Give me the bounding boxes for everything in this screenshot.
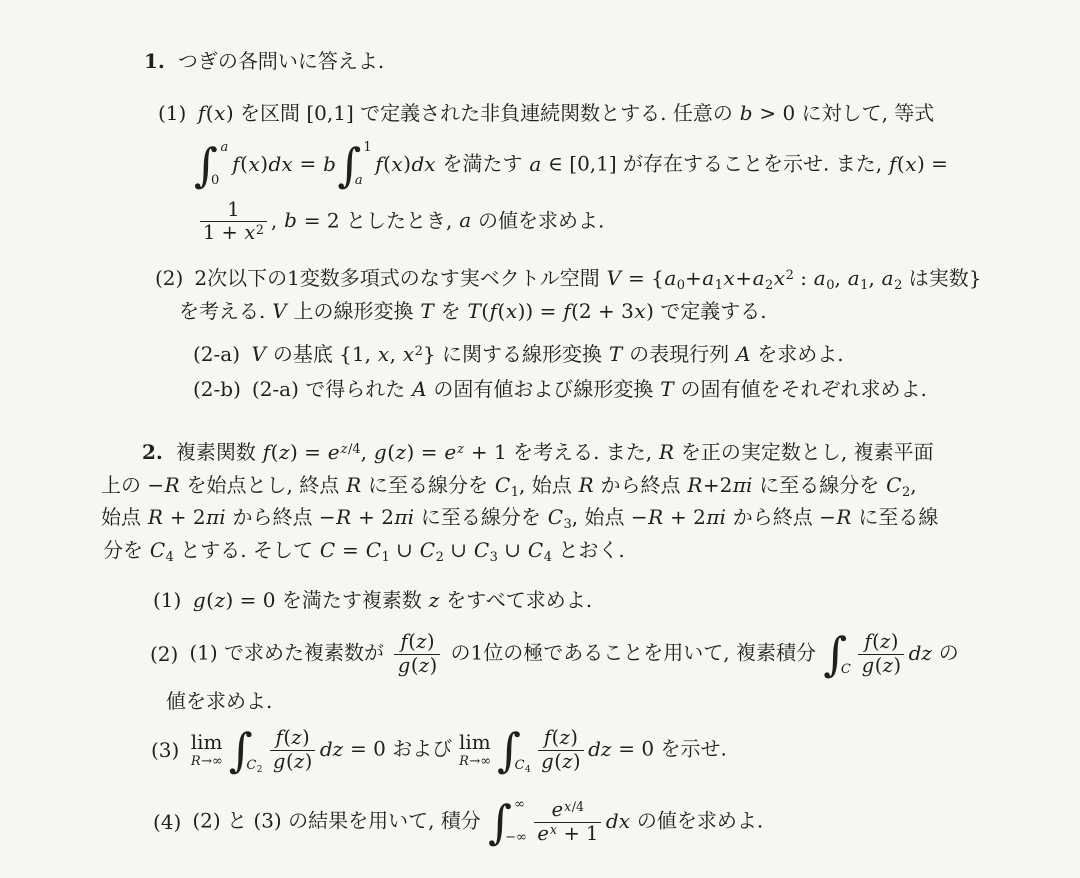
problem2-item1-line: (1) g(z) = 0 を満たす複素数 z をすべて求めよ. [153,587,592,613]
problem2-intro-line4: 分を C4 とする. そして C = C1 ∪ C2 ∪ C3 ∪ C4 とおく… [103,537,625,563]
problem2-item3-line: (3) limR→∞∫C2f(z)g(z)dz = 0 および limR→∞∫C… [151,724,727,776]
problem2-item2-line1: (2) (1) で求めた複素数が f(z)g(z) の1位の極であることを用いて… [150,628,959,680]
problem1-item2-line2-text: を考える. V 上の線形変換 T を T(f(x)) = f(2 + 3x) で… [179,298,767,324]
problem1-item2a-label: (2-a) [193,341,240,367]
problem1-item1-text: f(x) を区間 [0,1] で定義された非負連続関数とする. 任意の b > … [197,100,934,126]
problem2-intro-line4-text: 分を C4 とする. そして C = C1 ∪ C2 ∪ C3 ∪ C4 とおく… [103,537,625,563]
problem1-item1-line2-text: 11 + x2, b = 2 としたとき, a の値を求めよ. [196,199,604,245]
problem2-item4-text: (2) と (3) の結果を用いて, 積分 ∫∞−∞ex/4ex + 1dx の… [192,796,763,848]
problem2-intro-line3: 始点 R + 2πi から終点 −R + 2πi に至る線分を C3, 始点 −… [101,504,938,530]
problem2-item3-label: (3) [151,737,179,763]
problem2-intro-line1-text: 複素関数 f(z) = ez/4, g(z) = ez + 1 を考える. また… [176,439,934,465]
problem2-item2-line2-text: 値を求めよ. [166,688,272,714]
problem1-item2a-text: V の基底 {1, x, x2} に関する線形変換 T の表現行列 A を求めよ… [251,341,844,367]
problem1-item2a-line: (2-a) V の基底 {1, x, x2} に関する線形変換 T の表現行列 … [193,341,844,367]
problem1-item2b-label: (2-b) [193,376,241,402]
problem1-item1-line2: 11 + x2, b = 2 としたとき, a の値を求めよ. [196,199,604,245]
problem1-item2-line2: を考える. V 上の線形変換 T を T(f(x)) = f(2 + 3x) で… [179,298,767,324]
problem1-item1-line1: (1) f(x) を区間 [0,1] で定義された非負連続関数とする. 任意の … [158,100,934,126]
problem1-number: 1. [144,48,165,74]
problem2-intro-line2: 上の −R を始点とし, 終点 R に至る線分を C1, 始点 R から終点 R… [101,472,917,498]
problem2-intro-line2-text: 上の −R を始点とし, 終点 R に至る線分を C1, 始点 R から終点 R… [101,472,917,498]
scanned-exam-page: 1. つぎの各問いに答えよ. (1) f(x) を区間 [0,1] で定義された… [0,0,1080,878]
problem2-number: 2. [142,439,163,465]
problem1-item2-label: (2) [155,265,183,291]
problem1-item2-line1-text: 2次以下の1変数多項式のなす実ベクトル空間 V = {a0+a1x+a2x2 :… [194,265,981,291]
problem1-item1-display-equation: ∫a0f(x)dx = b∫1af(x)dx を満たす a ∈ [0,1] が存… [193,139,948,191]
problem2-intro-line3-text: 始点 R + 2πi から終点 −R + 2πi に至る線分を C3, 始点 −… [101,504,938,530]
problem1-item2b-line: (2-b) (2-a) で得られた A の固有値および線形変換 T の固有値をそ… [193,376,927,402]
problem2-item1-label: (1) [153,587,181,613]
problem2-item2-line1-text: (1) で求めた複素数が f(z)g(z) の1位の極であることを用いて, 複素… [189,628,958,680]
problem1-item2b-text: (2-a) で得られた A の固有値および線形変換 T の固有値をそれぞれ求めよ… [252,376,927,402]
problem2-item1-text: g(z) = 0 を満たす複素数 z をすべて求めよ. [192,587,592,613]
problem2-item2-line2: 値を求めよ. [166,688,272,714]
problem2-item4-line: (4) (2) と (3) の結果を用いて, 積分 ∫∞−∞ex/4ex + 1… [153,796,763,848]
problem1-item2-line1: (2) 2次以下の1変数多項式のなす実ベクトル空間 V = {a0+a1x+a2… [155,265,981,291]
display-equation-text: ∫a0f(x)dx = b∫1af(x)dx を満たす a ∈ [0,1] が存… [193,139,948,191]
problem2-item3-text: limR→∞∫C2f(z)g(z)dz = 0 および limR→∞∫C4f(z… [190,724,727,776]
problem2-item4-label: (4) [153,809,181,835]
problem1-heading-text: つぎの各問いに答えよ. [178,48,384,74]
problem2-item2-label: (2) [150,641,178,667]
problem2-intro-line1: 2. 複素関数 f(z) = ez/4, g(z) = ez + 1 を考える.… [142,439,934,465]
problem1-heading-line: 1. つぎの各問いに答えよ. [144,48,384,74]
problem1-item1-label: (1) [158,100,186,126]
